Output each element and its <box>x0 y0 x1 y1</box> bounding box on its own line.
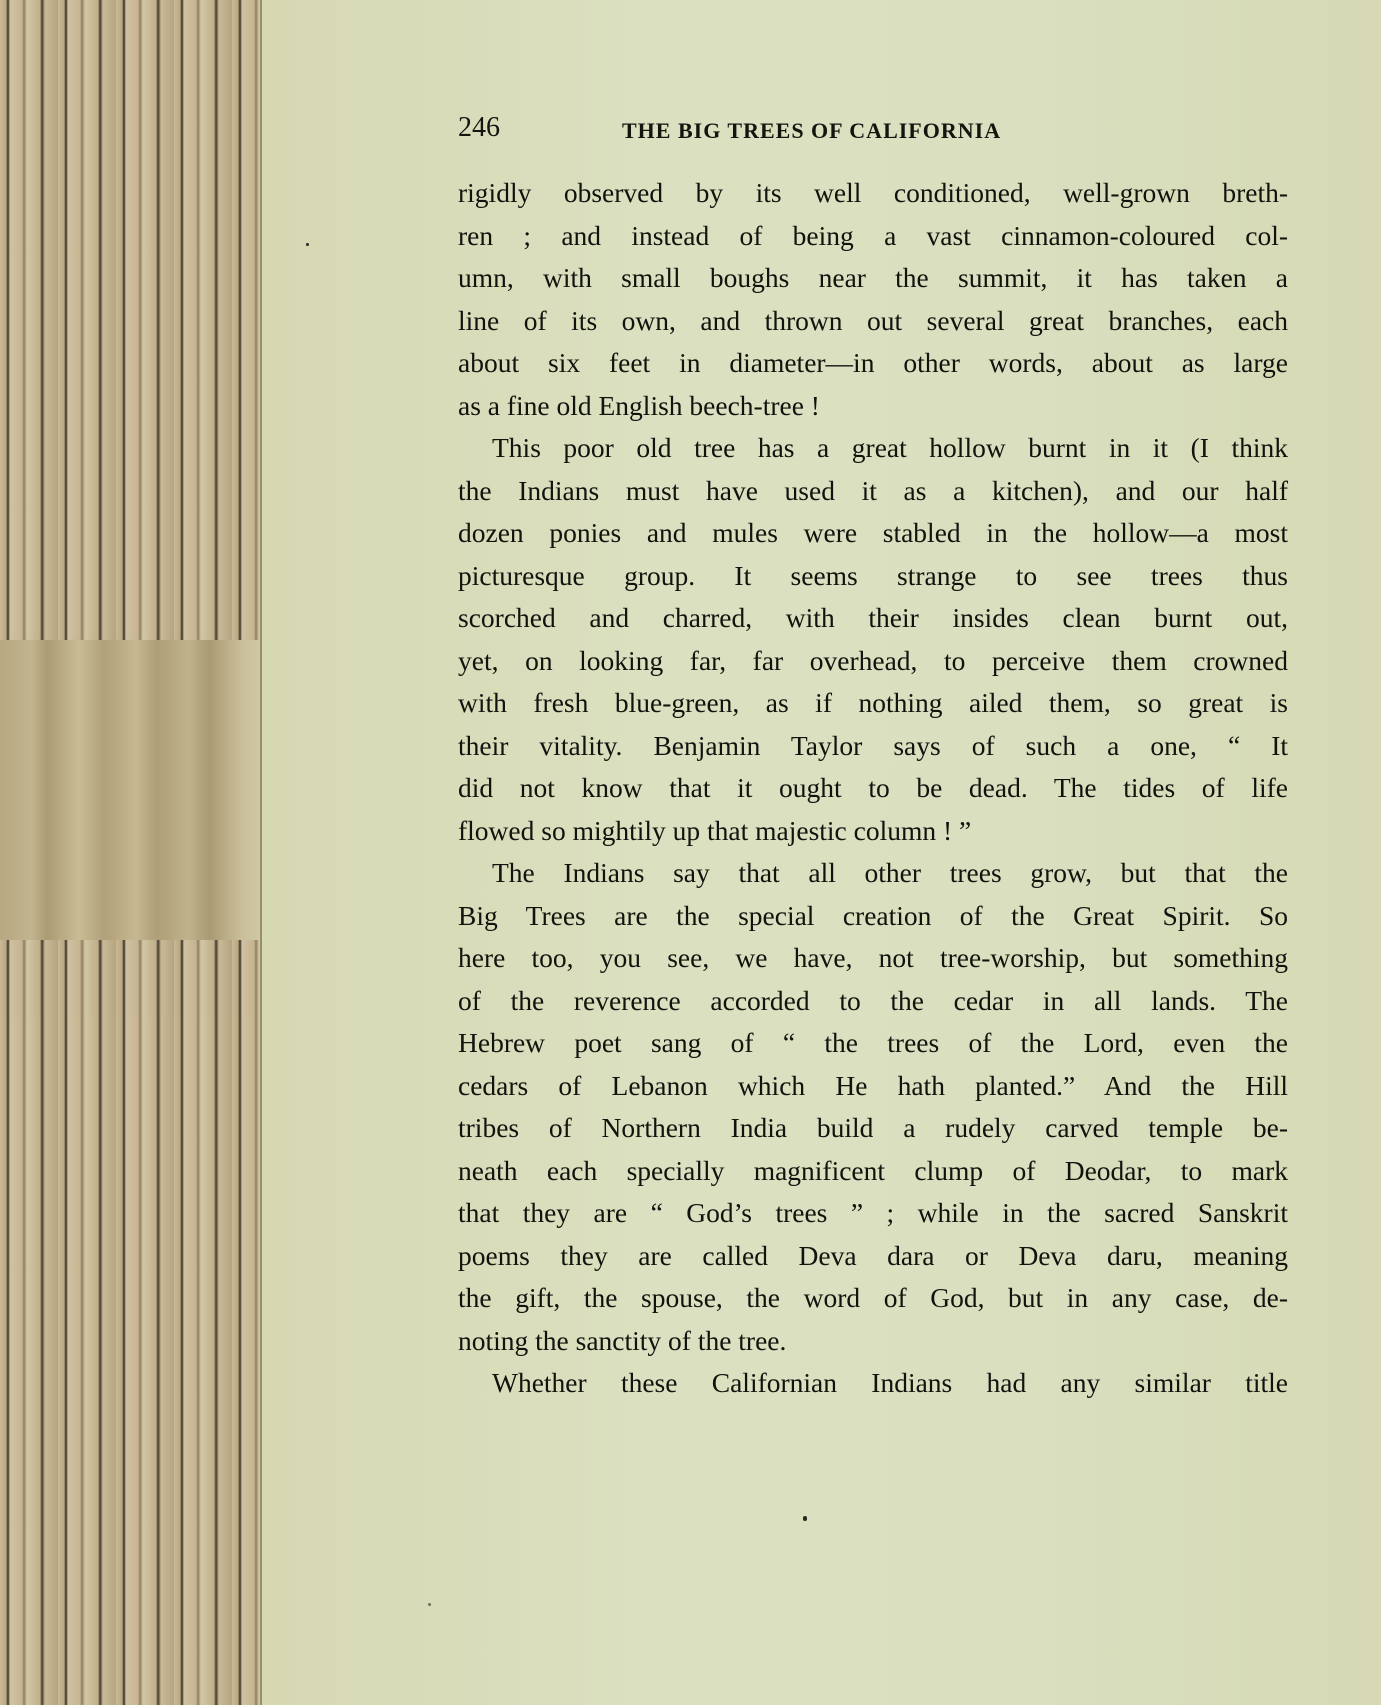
text-line: flowed so mightily up that majestic colu… <box>458 810 1288 853</box>
text-line: cedars of Lebanon which He hath planted.… <box>458 1065 1288 1108</box>
page-edges-stack <box>0 0 262 1705</box>
text-line: here too, you see, we have, not tree-wor… <box>458 937 1288 980</box>
text-line: rigidly observed by its well conditioned… <box>458 172 1288 215</box>
text-line: scorched and charred, with their insides… <box>458 597 1288 640</box>
text-line: ren ; and instead of being a vast cinnam… <box>458 215 1288 258</box>
body-text: rigidly observed by its well conditioned… <box>458 172 1288 1405</box>
text-line: their vitality. Benjamin Taylor says of … <box>458 725 1288 768</box>
ink-speck <box>306 243 309 246</box>
text-line: dozen ponies and mules were stabled in t… <box>458 512 1288 555</box>
text-line: that they are “ God’s trees ” ; while in… <box>458 1192 1288 1235</box>
running-head: 246 THE BIG TREES OF CALIFORNIA <box>458 112 1288 152</box>
text-line: noting the sanctity of the tree. <box>458 1320 1288 1363</box>
ink-speck <box>803 1516 807 1521</box>
book-page: 246 THE BIG TREES OF CALIFORNIA rigidly … <box>262 0 1381 1705</box>
text-line: the Indians must have used it as a kitch… <box>458 470 1288 513</box>
ink-speck <box>428 1603 431 1606</box>
text-line: line of its own, and thrown out several … <box>458 300 1288 343</box>
paragraph-first-line: Whether these Californian Indians had an… <box>458 1362 1288 1405</box>
page-edges-blurred-band <box>0 640 262 940</box>
text-line: Big Trees are the special creation of th… <box>458 895 1288 938</box>
text-line: of the reverence accorded to the cedar i… <box>458 980 1288 1023</box>
text-line: as a fine old English beech-tree ! <box>458 385 1288 428</box>
page-number: 246 <box>458 112 500 144</box>
text-line: umn, with small boughs near the summit, … <box>458 257 1288 300</box>
text-line: did not know that it ought to be dead. T… <box>458 767 1288 810</box>
text-line: tribes of Northern India build a rudely … <box>458 1107 1288 1150</box>
text-line: with fresh blue-green, as if nothing ail… <box>458 682 1288 725</box>
running-title: THE BIG TREES OF CALIFORNIA <box>622 118 1001 144</box>
text-line: Hebrew poet sang of “ the trees of the L… <box>458 1022 1288 1065</box>
text-line: yet, on looking far, far overhead, to pe… <box>458 640 1288 683</box>
paragraph-first-line: The Indians say that all other trees gro… <box>458 852 1288 895</box>
text-line: poems they are called Deva dara or Deva … <box>458 1235 1288 1278</box>
text-line: about six feet in diameter—in other word… <box>458 342 1288 385</box>
paragraph-first-line: This poor old tree has a great hollow bu… <box>458 427 1288 470</box>
text-line: the gift, the spouse, the word of God, b… <box>458 1277 1288 1320</box>
text-line: neath each specially magnificent clump o… <box>458 1150 1288 1193</box>
text-line: picturesque group. It seems strange to s… <box>458 555 1288 598</box>
